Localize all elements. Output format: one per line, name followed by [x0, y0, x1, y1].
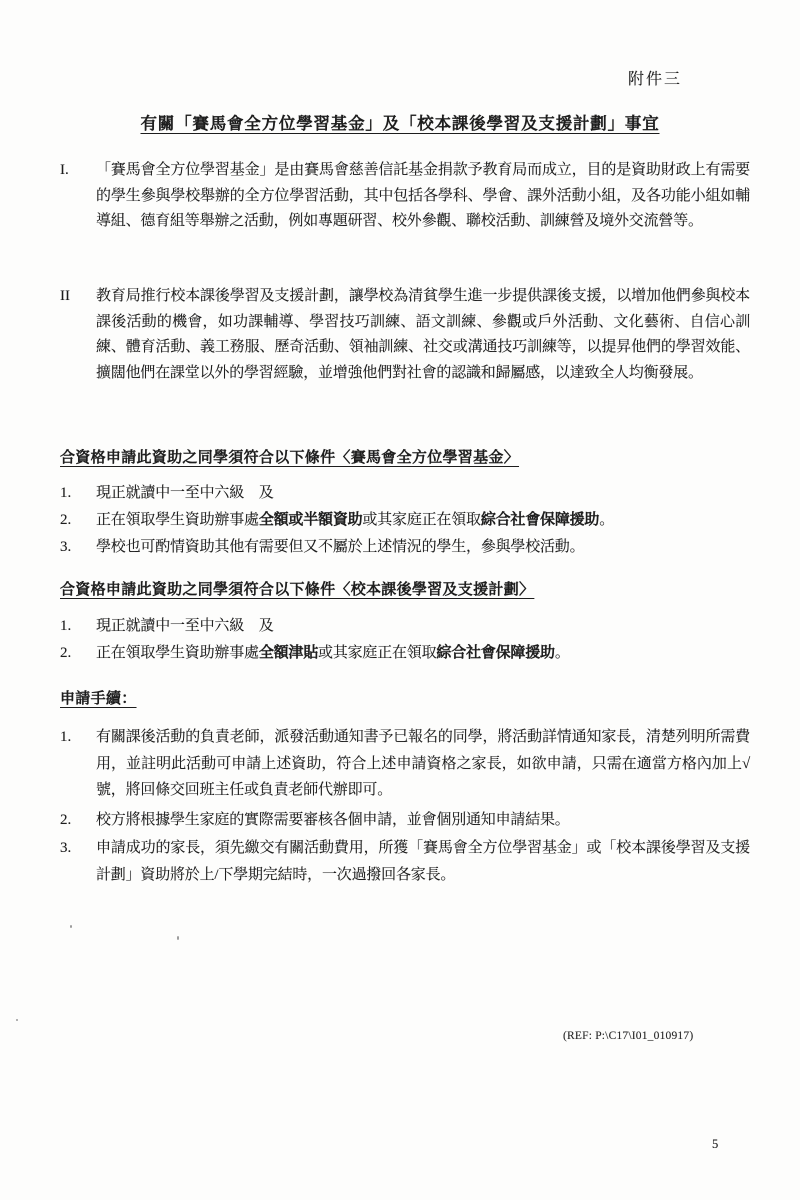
item-text: 有關課後活動的負責老師，派發活動通知書予已報名的同學，將活動詳情通知家長，清楚列… — [96, 724, 750, 804]
item-text: 正在領取學生資助辦事處全額津貼或其家庭正在領取綜合社會保障援助。 — [96, 640, 750, 667]
item-text-segment: 正在領取學生資助辦事處 — [96, 512, 259, 528]
item-number: 1. — [60, 613, 96, 640]
appendix-label: 附件三 — [628, 66, 682, 89]
eligibility-lwl-list: 1. 現正就讀中一至中六級 及 2. 正在領取學生資助辦事處全額或半額資助或其家… — [60, 480, 750, 561]
scan-artifact — [16, 1019, 18, 1021]
item-text: 現正就讀中一至中六級 及 — [96, 613, 750, 640]
item-text-segment: 或其家庭正在領取 — [362, 512, 480, 528]
reference-label: (REF: P:\C17\I01_010917) — [563, 1030, 693, 1042]
item-text-segment: 。 — [599, 512, 614, 528]
paragraph-marker: I. — [60, 158, 96, 235]
item-number: 2. — [60, 507, 96, 534]
paragraph-text: 「賽馬會全方位學習基金」是由賽馬會慈善信託基金捐款予教育局而成立，目的是資助財政… — [96, 158, 750, 235]
item-number: 1. — [60, 724, 96, 804]
item-number: 3. — [60, 835, 96, 888]
eligibility-sbs-heading: 合資格申請此資助之同學須符合以下條件〈校本課後學習及支援計劃〉 — [60, 578, 534, 599]
paragraph-marker: II — [60, 284, 96, 386]
document-title: 有關「賽馬會全方位學習基金」及「校本課後學習及支援計劃」事宜 — [0, 110, 800, 134]
eligibility-sbs-list: 1. 現正就讀中一至中六級 及 2. 正在領取學生資助辦事處全額津貼或其家庭正在… — [60, 613, 750, 667]
list-item: 2. 校方將根據學生家庭的實際需要審核各個申請，並會個別通知申請結果。 — [60, 807, 750, 834]
procedure-heading: 申請手續： — [60, 687, 137, 708]
item-text: 正在領取學生資助辦事處全額或半額資助或其家庭正在領取綜合社會保障援助。 — [96, 507, 750, 534]
item-number: 1. — [60, 480, 96, 507]
paragraph-text: 教育局推行校本課後學習及支援計劃，讓學校為清貧學生進一步提供課後支援，以增加他們… — [96, 284, 750, 386]
procedure-list: 1. 有關課後活動的負責老師，派發活動通知書予已報名的同學，將活動詳情通知家長，… — [60, 724, 750, 888]
list-item: 3. 學校也可酌情資助其他有需要但又不屬於上述情況的學生，參與學校活動。 — [60, 534, 750, 561]
list-item: 2. 正在領取學生資助辦事處全額或半額資助或其家庭正在領取綜合社會保障援助。 — [60, 507, 750, 534]
scan-artifact — [70, 925, 72, 928]
intro-paragraph-2: II 教育局推行校本課後學習及支援計劃，讓學校為清貧學生進一步提供課後支援，以增… — [60, 284, 750, 386]
item-text-bold: 綜合社會保障援助 — [436, 645, 554, 661]
page-number: 5 — [712, 1137, 718, 1152]
eligibility-lwl-heading: 合資格申請此資助之同學須符合以下條件〈賽馬會全方位學習基金〉 — [60, 446, 519, 467]
list-item: 2. 正在領取學生資助辦事處全額津貼或其家庭正在領取綜合社會保障援助。 — [60, 640, 750, 667]
document-page: 附件三 有關「賽馬會全方位學習基金」及「校本課後學習及支援計劃」事宜 I. 「賽… — [0, 0, 800, 1200]
item-text-segment: 正在領取學生資助辦事處 — [96, 645, 259, 661]
item-text: 校方將根據學生家庭的實際需要審核各個申請，並會個別通知申請結果。 — [96, 807, 750, 834]
item-text-bold: 綜合社會保障援助 — [481, 512, 599, 528]
item-text: 學校也可酌情資助其他有需要但又不屬於上述情況的學生，參與學校活動。 — [96, 534, 750, 561]
item-number: 3. — [60, 534, 96, 561]
list-item: 3. 申請成功的家長，須先繳交有關活動費用，所獲「賽馬會全方位學習基金」或「校本… — [60, 835, 750, 888]
item-number: 2. — [60, 640, 96, 667]
item-text: 申請成功的家長，須先繳交有關活動費用，所獲「賽馬會全方位學習基金」或「校本課後學… — [96, 835, 750, 888]
intro-paragraph-1: I. 「賽馬會全方位學習基金」是由賽馬會慈善信託基金捐款予教育局而成立，目的是資… — [60, 158, 750, 235]
list-item: 1. 現正就讀中一至中六級 及 — [60, 480, 750, 507]
scan-artifact — [177, 936, 179, 940]
item-text-bold: 全額或半額資助 — [259, 512, 363, 528]
item-number: 2. — [60, 807, 96, 834]
item-text-segment: 。 — [555, 645, 570, 661]
item-text-bold: 全額津貼 — [259, 645, 318, 661]
item-text: 現正就讀中一至中六級 及 — [96, 480, 750, 507]
list-item: 1. 現正就讀中一至中六級 及 — [60, 613, 750, 640]
list-item: 1. 有關課後活動的負責老師，派發活動通知書予已報名的同學，將活動詳情通知家長，… — [60, 724, 750, 804]
item-text-segment: 或其家庭正在領取 — [318, 645, 436, 661]
